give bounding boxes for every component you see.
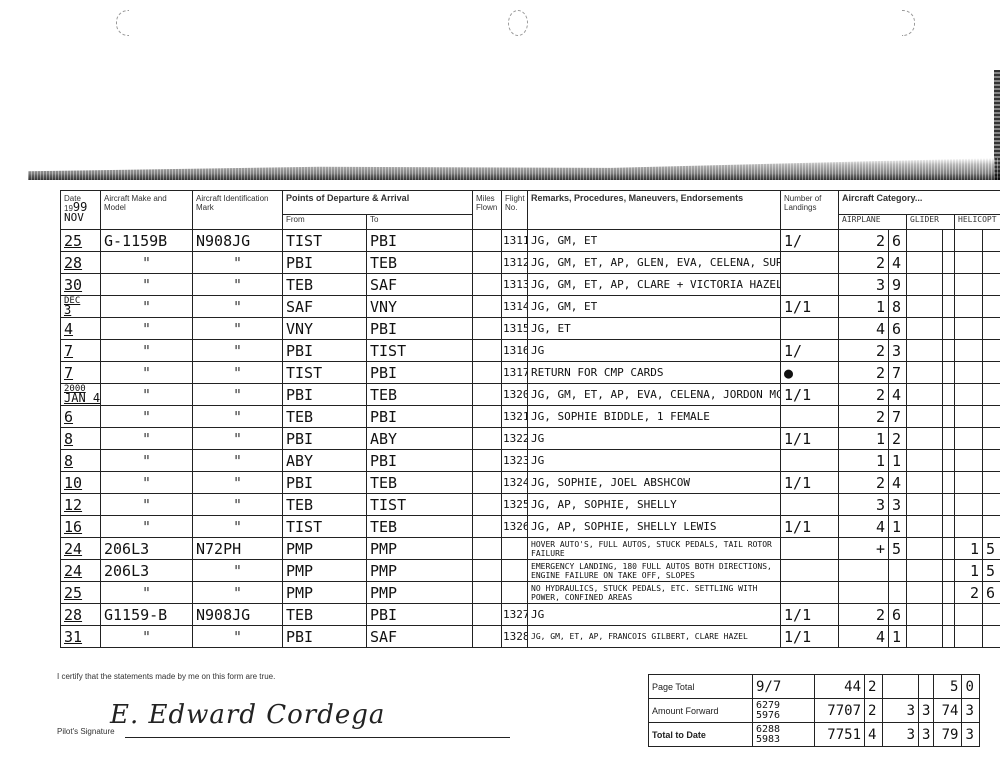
landings: 1/1 (781, 384, 839, 406)
glider-tenths (943, 230, 955, 252)
miles-flown (473, 230, 502, 252)
helicopter-tenths (983, 384, 1000, 406)
aircraft-model: " (101, 318, 193, 340)
helicopter-tenths (983, 494, 1000, 516)
amount-forward-landings: 62795976 (753, 699, 815, 723)
amount-forward-airplane-hours: 7707 (815, 699, 865, 723)
entry-date: 30 (61, 274, 101, 296)
arrival-airport: VNY (367, 296, 473, 318)
logbook-entry-row: 25G-1159BN908JGTISTPBI1311JG, GM, ET1/26 (61, 230, 1000, 252)
logbook-entry-row: 28G1159-BN908JGTEBPBI1327JG1/126 (61, 604, 1000, 626)
glider-hours (907, 252, 943, 274)
logbook-entry-row: 16""TISTTEB1326JG, AP, SOPHIE, SHELLY LE… (61, 516, 1000, 538)
aircraft-ident: " (193, 340, 283, 362)
page-total-airplane-hours: 44 (815, 675, 865, 699)
remarks: JG (528, 450, 781, 472)
logbook-entry-row: 8""PBIABY1322JG1/112 (61, 428, 1000, 450)
airplane-tenths: 2 (889, 428, 907, 450)
amount-forward-airplane-tenths: 2 (865, 699, 883, 723)
landings: ● (781, 362, 839, 384)
entry-date: 24 (61, 560, 101, 582)
landings: 1/1 (781, 428, 839, 450)
helicopter-tenths (983, 274, 1000, 296)
departure-airport: SAF (283, 296, 367, 318)
landings (781, 560, 839, 582)
arrival-airport: TEB (367, 384, 473, 406)
miles-flown (473, 362, 502, 384)
miles-flown (473, 472, 502, 494)
entry-date: 25 (61, 230, 101, 252)
remarks: RETURN FOR CMP CARDS (528, 362, 781, 384)
category-glider: GLIDER (907, 215, 955, 230)
airplane-hours: 2 (839, 362, 889, 384)
glider-tenths (943, 604, 955, 626)
glider-tenths (943, 494, 955, 516)
helicopter-hours (955, 296, 983, 318)
departure-airport: VNY (283, 318, 367, 340)
departure-airport: PBI (283, 340, 367, 362)
arrival-airport: PBI (367, 318, 473, 340)
departure-airport: PMP (283, 582, 367, 604)
helicopter-tenths: 6 (983, 582, 1000, 604)
miles-flown (473, 582, 502, 604)
remarks: NO HYDRAULICS, STUCK PEDALS, ETC. SETTLI… (528, 582, 781, 604)
aircraft-ident: " (193, 296, 283, 318)
remarks: JG, ET (528, 318, 781, 340)
arrival-airport: PBI (367, 230, 473, 252)
helicopter-tenths: 5 (983, 560, 1000, 582)
flight-number (502, 560, 528, 582)
arrival-airport: SAF (367, 626, 473, 648)
logbook-entry-row: 28""PBITEB1312JG, GM, ET, AP, GLEN, EVA,… (61, 252, 1000, 274)
helicopter-tenths (983, 362, 1000, 384)
arrival-airport: PBI (367, 406, 473, 428)
entry-date: 28 (61, 604, 101, 626)
departure-airport: PBI (283, 384, 367, 406)
aircraft-ident: N908JG (193, 604, 283, 626)
entry-date: 2000JAN 4 (61, 384, 101, 406)
departure-airport: TEB (283, 274, 367, 296)
page-total-glider-hours (883, 675, 919, 699)
flight-number (502, 538, 528, 560)
helicopter-tenths (983, 428, 1000, 450)
arrival-airport: PMP (367, 582, 473, 604)
airplane-tenths: 6 (889, 230, 907, 252)
airplane-tenths: 4 (889, 472, 907, 494)
flight-number: 1313 (502, 274, 528, 296)
aircraft-model: G-1159B (101, 230, 193, 252)
helicopter-hours (955, 516, 983, 538)
glider-tenths (943, 582, 955, 604)
glider-tenths (943, 362, 955, 384)
remarks: JG, GM, ET, AP, FRANCOIS GILBERT, CLARE … (528, 626, 781, 648)
miles-flown (473, 450, 502, 472)
miles-flown (473, 428, 502, 450)
airplane-tenths (889, 560, 907, 582)
entry-date: 4 (61, 318, 101, 340)
header-row: Date 1999 NOV Aircraft Make and Model Ai… (61, 191, 1000, 215)
landings-header: Number of Landings (781, 191, 839, 230)
departure-airport: PBI (283, 252, 367, 274)
points-header: Points of Departure & Arrival (283, 191, 473, 215)
aircraft-ident: N72PH (193, 538, 283, 560)
signature-line (125, 737, 510, 738)
airplane-hours: 2 (839, 252, 889, 274)
arrival-airport: TIST (367, 494, 473, 516)
remarks: JG, SOPHIE BIDDLE, 1 FEMALE (528, 406, 781, 428)
arrival-airport: ABY (367, 428, 473, 450)
airplane-tenths: 3 (889, 340, 907, 362)
aircraft-model: 206L3 (101, 538, 193, 560)
signature-label: Pilot's Signature (57, 727, 115, 736)
remarks: JG, GM, ET (528, 230, 781, 252)
departure-airport: TEB (283, 604, 367, 626)
remarks: JG (528, 340, 781, 362)
helicopter-tenths (983, 406, 1000, 428)
airplane-tenths: 7 (889, 362, 907, 384)
landings: 1/1 (781, 516, 839, 538)
remarks: JG, GM, ET, AP, EVA, CELENA, JORDON MCKE… (528, 384, 781, 406)
airplane-hours: 3 (839, 274, 889, 296)
helicopter-tenths (983, 516, 1000, 538)
landings (781, 450, 839, 472)
airplane-tenths: 5 (889, 538, 907, 560)
logbook-entry-row: 4""VNYPBI1315JG, ET46 (61, 318, 1000, 340)
entry-date: 7 (61, 362, 101, 384)
glider-hours (907, 538, 943, 560)
glider-hours (907, 230, 943, 252)
helicopter-hours: 1 (955, 560, 983, 582)
miles-flown (473, 538, 502, 560)
entry-date: 12 (61, 494, 101, 516)
arrival-airport: TEB (367, 472, 473, 494)
entry-date: 28 (61, 252, 101, 274)
entry-date: DEC3 (61, 296, 101, 318)
date-day: JAN 4 (64, 391, 100, 405)
helicopter-tenths (983, 450, 1000, 472)
category-header: Aircraft Category... (839, 191, 1000, 215)
landings (781, 318, 839, 340)
helicopter-hours (955, 384, 983, 406)
remarks: JG, GM, ET (528, 296, 781, 318)
total-to-date-glider-tenths: 3 (919, 723, 934, 747)
glider-hours (907, 318, 943, 340)
page-total-heli-tenths: 0 (962, 675, 980, 699)
arrival-airport: PMP (367, 560, 473, 582)
airplane-hours: 2 (839, 340, 889, 362)
aircraft-make-header: Aircraft Make and Model (101, 191, 193, 230)
helicopter-hours (955, 604, 983, 626)
flight-number (502, 582, 528, 604)
airplane-hours: 1 (839, 296, 889, 318)
aircraft-ident: " (193, 252, 283, 274)
flight-number: 1323 (502, 450, 528, 472)
airplane-tenths: 1 (889, 626, 907, 648)
page-total-glider-tenths (919, 675, 934, 699)
glider-tenths (943, 560, 955, 582)
page-total-landings: 9/7 (753, 675, 815, 699)
entry-date: 24 (61, 538, 101, 560)
aircraft-model: G1159-B (101, 604, 193, 626)
miles-flown (473, 274, 502, 296)
glider-hours (907, 274, 943, 296)
remarks: JG (528, 428, 781, 450)
remarks: JG (528, 604, 781, 626)
landings (781, 582, 839, 604)
miles-flown (473, 296, 502, 318)
landings: 1/1 (781, 626, 839, 648)
aircraft-ident: " (193, 428, 283, 450)
entry-date: 8 (61, 450, 101, 472)
glider-tenths (943, 384, 955, 406)
entry-date: 7 (61, 340, 101, 362)
departure-airport: PMP (283, 560, 367, 582)
glider-hours (907, 626, 943, 648)
helicopter-tenths (983, 340, 1000, 362)
aircraft-ident: " (193, 626, 283, 648)
amount-forward-heli-hours: 74 (934, 699, 962, 723)
helicopter-hours (955, 252, 983, 274)
amount-forward-heli-tenths: 3 (962, 699, 980, 723)
total-to-date-airplane-hours: 7751 (815, 723, 865, 747)
punch-hole-right (902, 10, 915, 36)
glider-hours (907, 406, 943, 428)
landings (781, 494, 839, 516)
departure-airport: PBI (283, 626, 367, 648)
date-day: 3 (64, 303, 71, 317)
aircraft-ident: " (193, 450, 283, 472)
miles-flown (473, 384, 502, 406)
airplane-hours: 1 (839, 450, 889, 472)
aircraft-ident: " (193, 560, 283, 582)
departure-airport: TIST (283, 362, 367, 384)
flight-number: 1320 (502, 384, 528, 406)
helicopter-tenths (983, 230, 1000, 252)
logbook-entry-row: 30""TEBSAF1313JG, GM, ET, AP, CLARE + VI… (61, 274, 1000, 296)
punch-hole-center (508, 10, 528, 36)
aircraft-model: " (101, 384, 193, 406)
glider-tenths (943, 252, 955, 274)
total-to-date-heli-tenths: 3 (962, 723, 980, 747)
airplane-tenths: 4 (889, 384, 907, 406)
logbook-entry-row: 31""PBISAF1328JG, GM, ET, AP, FRANCOIS G… (61, 626, 1000, 648)
helicopter-tenths (983, 318, 1000, 340)
aircraft-ident: " (193, 494, 283, 516)
helicopter-hours (955, 494, 983, 516)
helicopter-tenths (983, 472, 1000, 494)
airplane-hours (839, 560, 889, 582)
remarks: JG, AP, SOPHIE, SHELLY (528, 494, 781, 516)
departure-airport: TEB (283, 494, 367, 516)
aircraft-model: " (101, 252, 193, 274)
flight-number: 1317 (502, 362, 528, 384)
glider-hours (907, 450, 943, 472)
airplane-tenths: 1 (889, 516, 907, 538)
page-total-airplane-tenths: 2 (865, 675, 883, 699)
airplane-tenths (889, 582, 907, 604)
helicopter-tenths (983, 604, 1000, 626)
logbook-entry-row: 8""ABYPBI1323JG11 (61, 450, 1000, 472)
logbook-entry-row: 24206L3N72PHPMPPMPHOVER AUTO'S, FULL AUT… (61, 538, 1000, 560)
logbook-entry-row: 7""PBITIST1316JG1/23 (61, 340, 1000, 362)
total-to-date-row: Total to Date 62885983 7751 4 3 3 79 3 (649, 723, 980, 747)
to-header: To (367, 215, 473, 230)
remarks: JG, GM, ET, AP, CLARE + VICTORIA HAZEL (528, 274, 781, 296)
total-to-date-glider-hours: 3 (883, 723, 919, 747)
aircraft-model: " (101, 582, 193, 604)
helicopter-tenths (983, 252, 1000, 274)
arrival-airport: PBI (367, 450, 473, 472)
helicopter-tenths (983, 296, 1000, 318)
aircraft-ident: " (193, 384, 283, 406)
departure-airport: PBI (283, 472, 367, 494)
entry-date: 10 (61, 472, 101, 494)
flight-number: 1326 (502, 516, 528, 538)
aircraft-model: " (101, 472, 193, 494)
airplane-tenths: 4 (889, 252, 907, 274)
landings (781, 274, 839, 296)
miles-flown (473, 340, 502, 362)
pilot-signature: E. Edward Cordega (110, 700, 385, 730)
from-header: From (283, 215, 367, 230)
landings (781, 538, 839, 560)
miles-flown (473, 406, 502, 428)
aircraft-model: " (101, 626, 193, 648)
miles-flown (473, 604, 502, 626)
flight-number: 1328 (502, 626, 528, 648)
flight-number: 1321 (502, 406, 528, 428)
miles-flown (473, 516, 502, 538)
aircraft-model: " (101, 406, 193, 428)
arrival-airport: PBI (367, 604, 473, 626)
remarks: JG, AP, SOPHIE, SHELLY LEWIS (528, 516, 781, 538)
airplane-hours: 4 (839, 318, 889, 340)
helicopter-hours (955, 428, 983, 450)
arrival-airport: TEB (367, 252, 473, 274)
airplane-hours: 4 (839, 516, 889, 538)
helicopter-hours (955, 362, 983, 384)
entry-date: 16 (61, 516, 101, 538)
airplane-tenths: 3 (889, 494, 907, 516)
helicopter-hours (955, 472, 983, 494)
amount-forward-row: Amount Forward 62795976 7707 2 3 3 74 3 (649, 699, 980, 723)
logbook-table: Date 1999 NOV Aircraft Make and Model Ai… (60, 190, 1000, 648)
glider-hours (907, 604, 943, 626)
flight-no-header: Flight No. (502, 191, 528, 230)
glider-hours (907, 582, 943, 604)
category-helicopter: HELICOPT (955, 215, 1000, 230)
glider-tenths (943, 472, 955, 494)
remarks: JG, SOPHIE, JOEL ABSHCOW (528, 472, 781, 494)
glider-hours (907, 362, 943, 384)
airplane-tenths: 9 (889, 274, 907, 296)
airplane-hours: 3 (839, 494, 889, 516)
glider-hours (907, 516, 943, 538)
helicopter-tenths (983, 626, 1000, 648)
flight-number: 1325 (502, 494, 528, 516)
flight-number: 1315 (502, 318, 528, 340)
landings: 1/ (781, 230, 839, 252)
aircraft-ident: " (193, 362, 283, 384)
scan-shadow-band (28, 158, 1000, 180)
airplane-tenths: 6 (889, 318, 907, 340)
helicopter-hours (955, 406, 983, 428)
remarks: JG, GM, ET, AP, GLEN, EVA, CELENA, SURRA… (528, 252, 781, 274)
page-total-heli-hours: 5 (934, 675, 962, 699)
page-total-label: Page Total (649, 675, 753, 699)
glider-hours (907, 560, 943, 582)
logbook-entry-row: 10""PBITEB1324JG, SOPHIE, JOEL ABSHCOW1/… (61, 472, 1000, 494)
departure-airport: TEB (283, 406, 367, 428)
aircraft-model: " (101, 428, 193, 450)
helicopter-tenths: 5 (983, 538, 1000, 560)
helicopter-hours: 2 (955, 582, 983, 604)
flight-number: 1327 (502, 604, 528, 626)
total-to-date-landings: 62885983 (753, 723, 815, 747)
aircraft-model: " (101, 274, 193, 296)
total-to-date-label: Total to Date (649, 723, 753, 747)
certify-statement: I certify that the statements made by me… (57, 672, 275, 681)
glider-hours (907, 296, 943, 318)
glider-tenths (943, 626, 955, 648)
glider-tenths (943, 450, 955, 472)
flight-number: 1312 (502, 252, 528, 274)
airplane-tenths: 6 (889, 604, 907, 626)
miles-header: Miles Flown (473, 191, 502, 230)
departure-airport: TIST (283, 516, 367, 538)
total-to-date-heli-hours: 79 (934, 723, 962, 747)
date-header: Date 1999 NOV (61, 191, 101, 230)
airplane-tenths: 8 (889, 296, 907, 318)
helicopter-hours (955, 340, 983, 362)
airplane-hours: 2 (839, 604, 889, 626)
glider-tenths (943, 340, 955, 362)
airplane-hours: 2 (839, 230, 889, 252)
entry-date: 8 (61, 428, 101, 450)
logbook-entry-row: 7""TISTPBI1317RETURN FOR CMP CARDS●27 (61, 362, 1000, 384)
logbook-entry-row: DEC3""SAFVNY1314JG, GM, ET1/118 (61, 296, 1000, 318)
arrival-airport: PMP (367, 538, 473, 560)
arrival-airport: PBI (367, 362, 473, 384)
glider-hours (907, 384, 943, 406)
airplane-tenths: 1 (889, 450, 907, 472)
airplane-hours: 2 (839, 406, 889, 428)
aircraft-model: " (101, 362, 193, 384)
aircraft-id-header: Aircraft Identification Mark (193, 191, 283, 230)
glider-tenths (943, 318, 955, 340)
punch-hole-left (116, 10, 129, 36)
aircraft-model: 206L3 (101, 560, 193, 582)
departure-airport: ABY (283, 450, 367, 472)
aircraft-model: " (101, 340, 193, 362)
aircraft-ident: " (193, 582, 283, 604)
aircraft-model: " (101, 450, 193, 472)
flight-number: 1322 (502, 428, 528, 450)
glider-tenths (943, 516, 955, 538)
glider-tenths (943, 428, 955, 450)
amount-forward-glider-hours: 3 (883, 699, 919, 723)
airplane-hours: 2 (839, 472, 889, 494)
miles-flown (473, 318, 502, 340)
amount-forward-label: Amount Forward (649, 699, 753, 723)
glider-hours (907, 428, 943, 450)
remarks: EMERGENCY LANDING, 180 FULL AUTOS BOTH D… (528, 560, 781, 582)
pilot-logbook-page: Date 1999 NOV Aircraft Make and Model Ai… (60, 190, 1000, 648)
glider-hours (907, 472, 943, 494)
glider-tenths (943, 538, 955, 560)
flight-number: 1314 (502, 296, 528, 318)
airplane-tenths: 7 (889, 406, 907, 428)
